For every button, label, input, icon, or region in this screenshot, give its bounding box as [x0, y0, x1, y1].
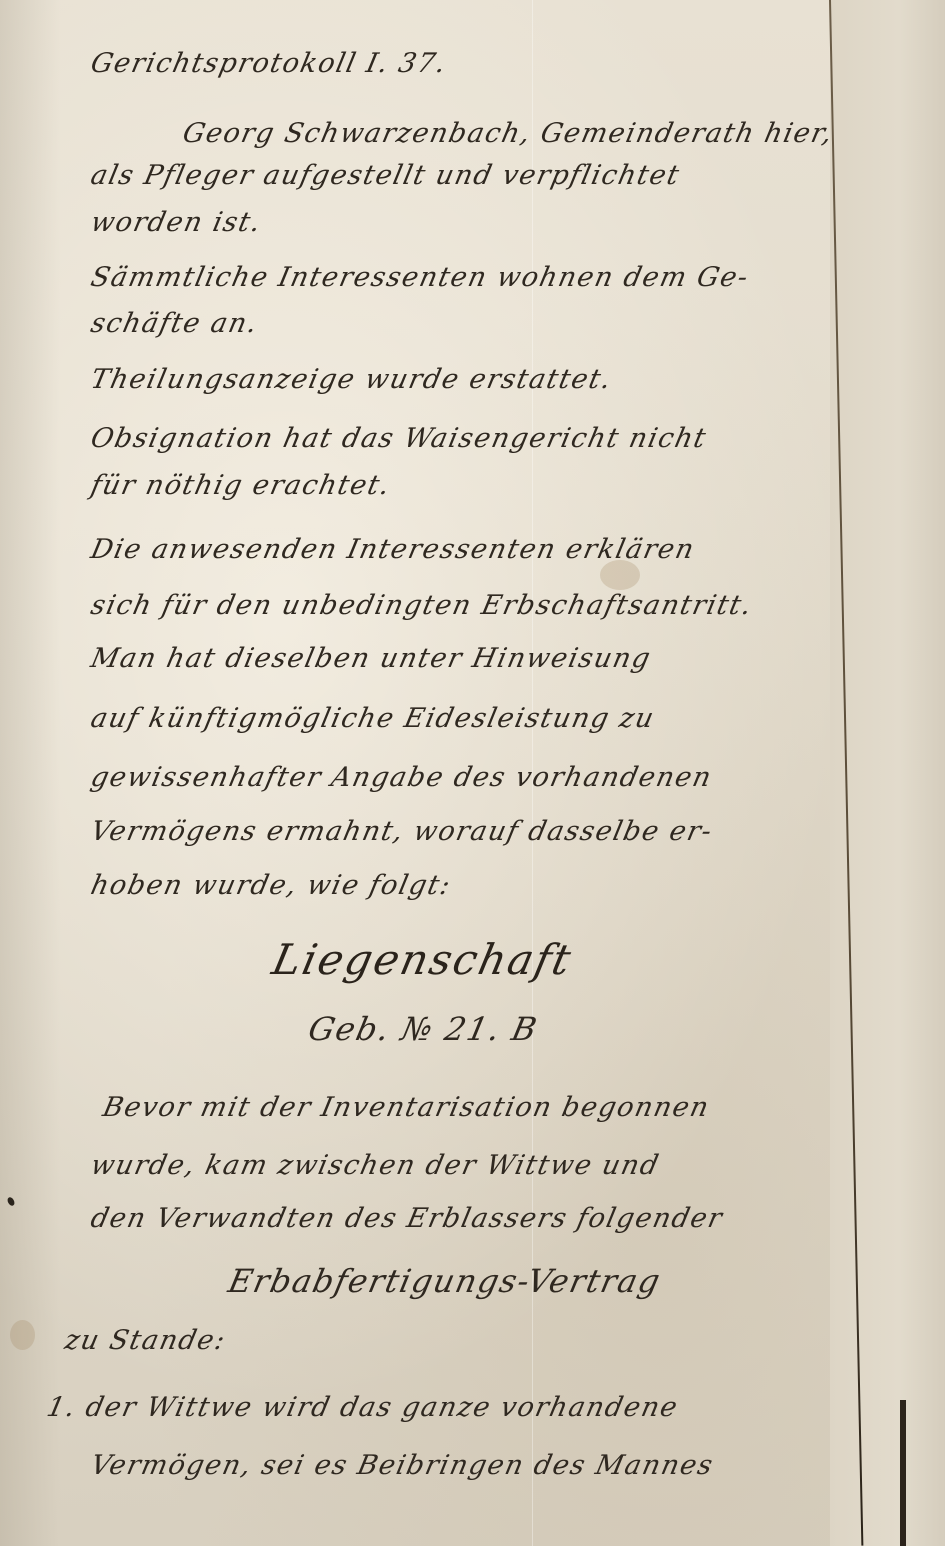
section-subheading: Geb. № 21. B — [305, 1010, 541, 1048]
handwritten-line: Theilungsanzeige wurde erstattet. — [88, 364, 615, 395]
contract-title: Erbabfertigungs-Vertrag — [225, 1262, 665, 1300]
handwritten-line: Obsignation hat das Waisengericht nicht — [88, 423, 710, 454]
handwritten-line: Gerichtsprotokoll I. 37. — [88, 48, 450, 79]
handwritten-line: den Verwandten des Erblassers folgender — [88, 1203, 726, 1234]
handwritten-line: 1. der Wittwe wird das ganze vorhandene — [44, 1392, 681, 1423]
handwritten-line: für nöthig erachtet. — [88, 470, 394, 501]
adjacent-page — [830, 0, 945, 1546]
handwritten-line: schäfte an. — [88, 308, 261, 339]
handwritten-line: hoben wurde, wie folgt: — [88, 870, 454, 901]
handwritten-line: gewissenhafter Angabe des vorhandenen — [88, 762, 715, 793]
handwritten-line: sich für den unbedingten Erbschaftsantri… — [88, 590, 755, 621]
handwritten-line: Die anwesenden Interessenten erklären — [88, 534, 698, 565]
paper-stain — [10, 1320, 35, 1350]
page-shadow — [0, 0, 60, 1546]
handwritten-line: Man hat dieselben unter Hinweisung — [88, 643, 654, 674]
document-page: Gerichtsprotokoll I. 37.Georg Schwarzenb… — [0, 0, 945, 1546]
handwritten-line: zu Stande: — [62, 1325, 229, 1356]
handwritten-line: auf künftigmögliche Eidesleistung zu — [88, 703, 658, 734]
handwritten-line: Vermögen, sei es Beibringen des Mannes — [88, 1450, 717, 1481]
handwritten-line: Georg Schwarzenbach, Gemeinderath hier, — [180, 118, 836, 149]
handwritten-line: Vermögens ermahnt, worauf dasselbe er- — [88, 816, 716, 847]
handwritten-line: wurde, kam zwischen der Wittwe und — [88, 1150, 662, 1181]
handwritten-line: Bevor mit der Inventarisation begonnen — [100, 1092, 713, 1123]
handwritten-line: Sämmtliche Interessenten wohnen dem Ge- — [88, 262, 752, 293]
binding-shadow — [900, 1400, 906, 1546]
section-heading: Liegenschaft — [268, 935, 577, 984]
handwritten-line: als Pfleger aufgestellt und verpflichtet — [88, 160, 683, 191]
handwritten-line: worden ist. — [88, 207, 265, 238]
